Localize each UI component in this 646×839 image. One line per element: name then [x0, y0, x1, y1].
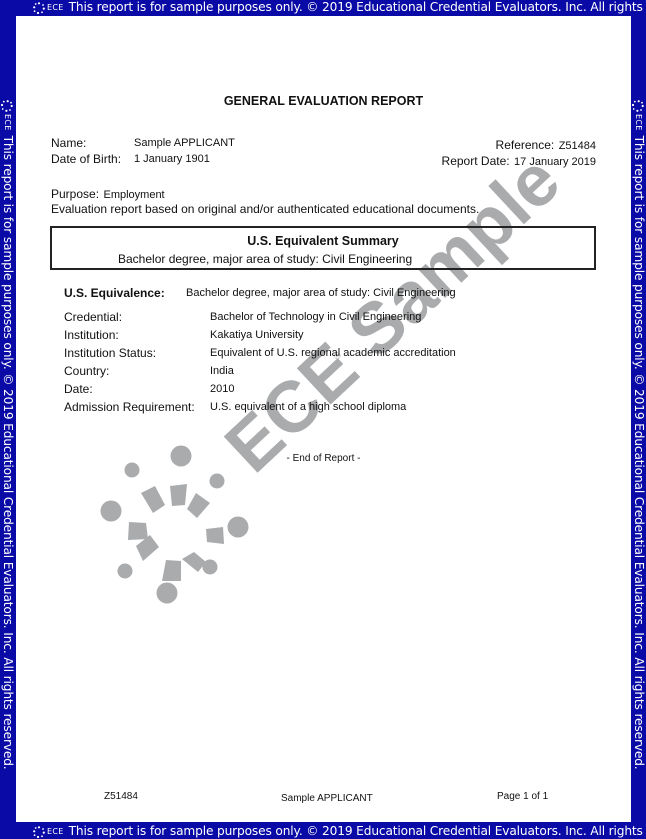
ece-logo-icon: ECE [633, 100, 645, 131]
us-equivalence-label: U.S. Equivalence: [64, 286, 165, 300]
bottom-sample-banner: ECE This report is for sample purposes o… [33, 824, 646, 839]
detail-value: Bachelor of Technology in Civil Engineer… [210, 311, 421, 323]
detail-label: Date: [64, 382, 93, 396]
report-date-value: 17 January 2019 [514, 156, 596, 168]
reference-label: Reference: [496, 138, 555, 152]
dob-label: Date of Birth: [51, 152, 121, 166]
detail-label: Admission Requirement: [64, 400, 195, 414]
report-title: GENERAL EVALUATION REPORT [16, 94, 631, 108]
detail-value: U.S. equivalent of a high school diploma [210, 401, 406, 413]
report-page: ECE Sample ® GENERAL EVALUATION REPORT N… [16, 16, 631, 822]
detail-value: 2010 [210, 383, 234, 395]
purpose-value: Employment [103, 189, 164, 201]
left-sample-banner: ECE This report is for sample purposes o… [0, 100, 15, 799]
detail-label: Country: [64, 364, 109, 378]
reference-value: Z51484 [559, 140, 596, 152]
us-equivalent-summary-box: U.S. Equivalent Summary Bachelor degree,… [50, 226, 596, 270]
footer-reference: Z51484 [104, 791, 138, 802]
summary-text: Bachelor degree, major area of study: Ci… [118, 252, 412, 266]
top-sample-banner: ECE This report is for sample purposes o… [33, 0, 646, 15]
ece-logo-icon: ECE [2, 100, 14, 131]
us-equivalence-value: Bachelor degree, major area of study: Ci… [186, 287, 456, 299]
ece-logo-icon: ECE [33, 2, 64, 14]
purpose-line: Purpose: Employment [51, 185, 165, 203]
basis-statement: Evaluation report based on original and/… [51, 202, 479, 216]
detail-value: India [210, 365, 234, 377]
detail-label: Institution: [64, 328, 119, 342]
dob-value: 1 January 1901 [134, 153, 210, 165]
footer-page-number: Page 1 of 1 [497, 791, 548, 802]
banner-text: This report is for sample purposes only.… [69, 825, 646, 837]
summary-title: U.S. Equivalent Summary [52, 234, 594, 248]
end-of-report: - End of Report - [16, 453, 631, 464]
ece-logo-icon: ECE [33, 826, 64, 838]
banner-text: This report is for sample purposes only.… [632, 136, 644, 770]
detail-value: Equivalent of U.S. regional academic acc… [210, 347, 456, 359]
name-label: Name: [51, 136, 86, 150]
banner-text: This report is for sample purposes only.… [1, 136, 13, 770]
banner-text: This report is for sample purposes only.… [69, 1, 646, 13]
footer-applicant: Sample APPLICANT [281, 793, 373, 804]
report-date-line: Report Date: 17 January 2019 [442, 152, 596, 170]
report-date-label: Report Date: [442, 154, 510, 168]
detail-label: Institution Status: [64, 346, 156, 360]
detail-value: Kakatiya University [210, 329, 304, 341]
detail-label: Credential: [64, 310, 122, 324]
right-sample-banner: ECE This report is for sample purposes o… [631, 100, 646, 799]
name-value: Sample APPLICANT [134, 137, 235, 149]
purpose-label: Purpose: [51, 187, 99, 201]
